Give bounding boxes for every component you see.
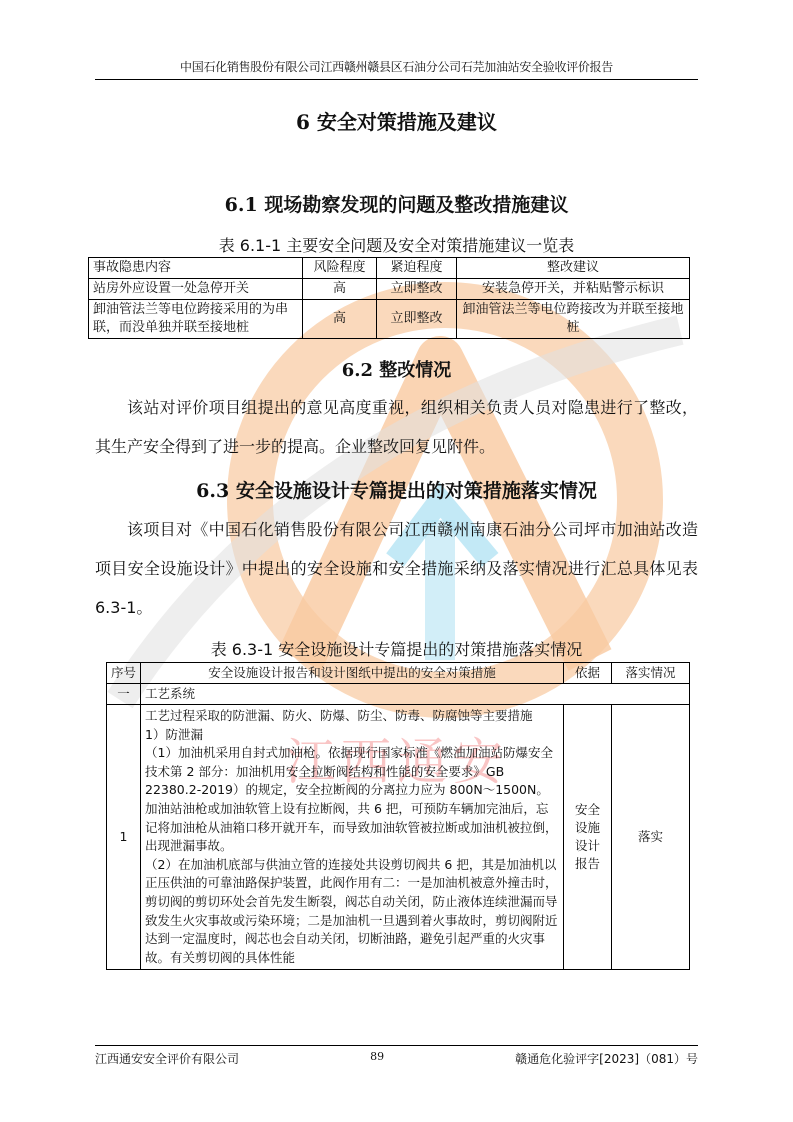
urgency-cell: 立即整改 — [377, 279, 457, 300]
measure-cell: 工艺过程采取的防泄漏、防火、防爆、防尘、防毒、防腐蚀等主要措施 1）防泄漏 （1… — [141, 705, 564, 970]
table-6-3-1-caption: 表 6.3-1 安全设施设计专篇提出的对策措施落实情况 — [0, 637, 793, 660]
document-number: 赣通危化验评字[2023]（081）号 — [515, 1050, 698, 1067]
section-6-2-title: 6.2 整改情况 — [0, 356, 793, 382]
column-header: 事故隐患内容 — [89, 258, 303, 279]
measure-line: （2）在加油机底部与供油立管的连接处共设剪切阀共 6 把，其是加油机以正压供油的… — [145, 856, 559, 968]
section-6-3-title: 6.3 安全设施设计专篇提出的对策措施落实情况 — [0, 476, 793, 503]
suggestion-cell: 卸油管法兰等电位跨接改为并联至接地桩 — [457, 300, 690, 339]
measure-line: 工艺过程采取的防泄漏、防火、防爆、防尘、防毒、防腐蚀等主要措施 — [145, 707, 559, 726]
column-header: 落实情况 — [612, 663, 690, 684]
risk-cell: 高 — [303, 300, 377, 339]
running-header: 中国石化销售股份有限公司江西赣州赣县区石油分公司石芫加油站安全验收评价报告 — [95, 58, 698, 80]
urgency-cell: 立即整改 — [377, 300, 457, 339]
running-footer: 江西通安安全评价有限公司 89 赣通危化验评字[2023]（081）号 — [95, 1045, 698, 1067]
chapter-title: 6 安全对策措施及建议 — [0, 106, 793, 135]
table-row: 站房外应设置一处急停开关 高 立即整改 安装急停开关，并粘贴警示标识 — [89, 279, 690, 300]
table-header-row: 事故隐患内容 风险程度 紧迫程度 整改建议 — [89, 258, 690, 279]
section-6-2-paragraph: 该站对评价项目组提出的意见高度重视，组织相关负责人员对隐患进行了整改，其生产安全… — [95, 388, 698, 466]
measures-table: 序号 安全设施设计报告和设计图纸中提出的安全对策措施 依据 落实情况 一 工艺系… — [106, 662, 690, 970]
measure-line: （1）加油机采用自封式加油枪。依据现行国家标准《燃油加油站防爆安全技术第 2 部… — [145, 744, 559, 856]
column-header: 序号 — [107, 663, 141, 684]
group-index: 一 — [107, 684, 141, 705]
group-row: 一 工艺系统 — [107, 684, 690, 705]
measure-line: 1）防泄漏 — [145, 726, 559, 745]
status-cell: 落实 — [612, 705, 690, 970]
column-header: 安全设施设计报告和设计图纸中提出的安全对策措施 — [141, 663, 564, 684]
section-6-1-title: 6.1 现场勘察发现的问题及整改措施建议 — [0, 190, 793, 217]
column-header: 风险程度 — [303, 258, 377, 279]
hazards-table: 事故隐患内容 风险程度 紧迫程度 整改建议 站房外应设置一处急停开关 高 立即整… — [88, 257, 690, 339]
basis-cell: 安全设施设计报告 — [564, 705, 612, 970]
table-6-1-1-caption: 表 6.1-1 主要安全问题及安全对策措施建议一览表 — [0, 233, 793, 256]
table-row: 卸油管法兰等电位跨接采用的为串联，而没单独并联至接地桩 高 立即整改 卸油管法兰… — [89, 300, 690, 339]
hazard-cell: 卸油管法兰等电位跨接采用的为串联，而没单独并联至接地桩 — [89, 300, 303, 339]
table-header-row: 序号 安全设施设计报告和设计图纸中提出的安全对策措施 依据 落实情况 — [107, 663, 690, 684]
row-index: 1 — [107, 705, 141, 970]
column-header: 依据 — [564, 663, 612, 684]
suggestion-cell: 安装急停开关，并粘贴警示标识 — [457, 279, 690, 300]
page-number: 89 — [370, 1050, 384, 1067]
column-header: 紧迫程度 — [377, 258, 457, 279]
footer-company: 江西通安安全评价有限公司 — [95, 1050, 239, 1067]
group-label: 工艺系统 — [141, 684, 690, 705]
section-6-3-paragraph: 该项目对《中国石化销售股份有限公司江西赣州南康石油分公司坪市加油站改造项目安全设… — [95, 510, 698, 627]
hazard-cell: 站房外应设置一处急停开关 — [89, 279, 303, 300]
column-header: 整改建议 — [457, 258, 690, 279]
table-row: 1 工艺过程采取的防泄漏、防火、防爆、防尘、防毒、防腐蚀等主要措施 1）防泄漏 … — [107, 705, 690, 970]
risk-cell: 高 — [303, 279, 377, 300]
